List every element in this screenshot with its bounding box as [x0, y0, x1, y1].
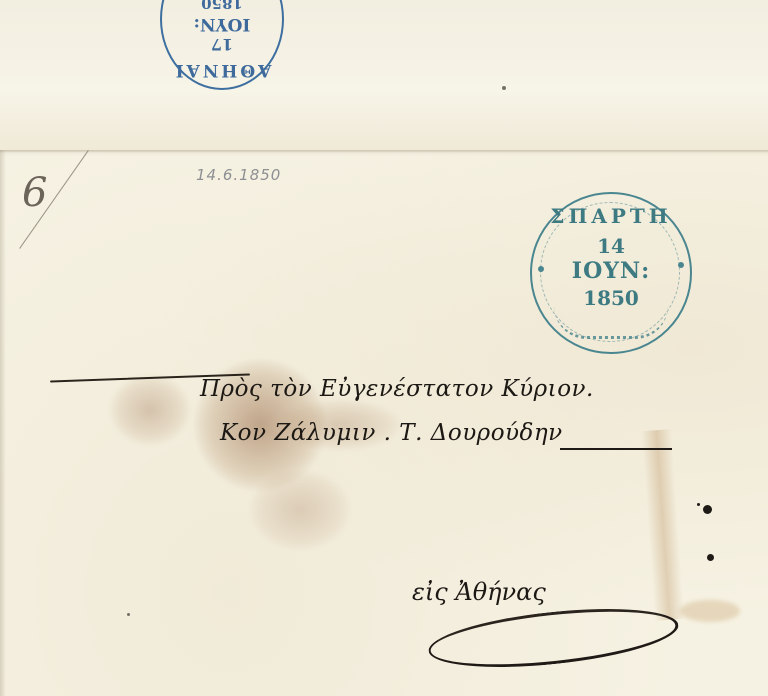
pen-flourish-loop [426, 599, 681, 677]
fold-line [0, 150, 768, 156]
destination-line: εἰς Ἀθήνας [412, 578, 546, 606]
water-stain [641, 429, 684, 621]
postmark-month: ΙΟΥΝ: [532, 258, 690, 284]
ink-spot [707, 554, 714, 561]
postmark-dot [678, 262, 684, 268]
letter-sheet: ΣΠΑΡΤΗ 14 ΙΟΥΝ: 1850 ΑΘΗΝΑΙ 17 ΙΟΥΝ: 185… [0, 0, 768, 696]
postmark-month: ΙΟΥΝ: [162, 14, 282, 34]
postmark-dot [538, 266, 544, 272]
postmark-day: 14 [532, 234, 690, 258]
address-line-2: Κον Ζάλυμιν . Τ. Δουρούδην [220, 420, 563, 446]
top-flap [0, 0, 768, 152]
ink-stain [250, 470, 350, 550]
ink-stain [110, 375, 190, 445]
ink-spot [703, 505, 712, 514]
postmark-town: ΑΘΗΝΑΙ [162, 60, 282, 80]
postmark-day: 17 [162, 35, 282, 54]
pencil-rate-mark: 6 [22, 170, 47, 216]
postmark-year: 1850 [162, 0, 282, 12]
laurel-wreath-icon [554, 306, 668, 339]
athens-postmark: ΑΘΗΝΑΙ 17 ΙΟΥΝ: 1850 [160, 0, 284, 90]
sparti-postmark: ΣΠΑΡΤΗ 14 ΙΟΥΝ: 1850 [530, 192, 692, 354]
ink-spot [502, 86, 506, 90]
water-stain [680, 600, 740, 622]
pencil-date-note: 14.6.1850 [196, 166, 281, 184]
left-edge-shadow [0, 150, 6, 696]
ink-spot [697, 503, 700, 506]
ink-spot [127, 613, 130, 616]
pen-underline [560, 448, 672, 450]
postmark-town: ΣΠΑΡΤΗ [532, 204, 690, 228]
address-line-1: Πρὸς τὸν Εὐγενέστατον Κύριον. [200, 376, 594, 402]
